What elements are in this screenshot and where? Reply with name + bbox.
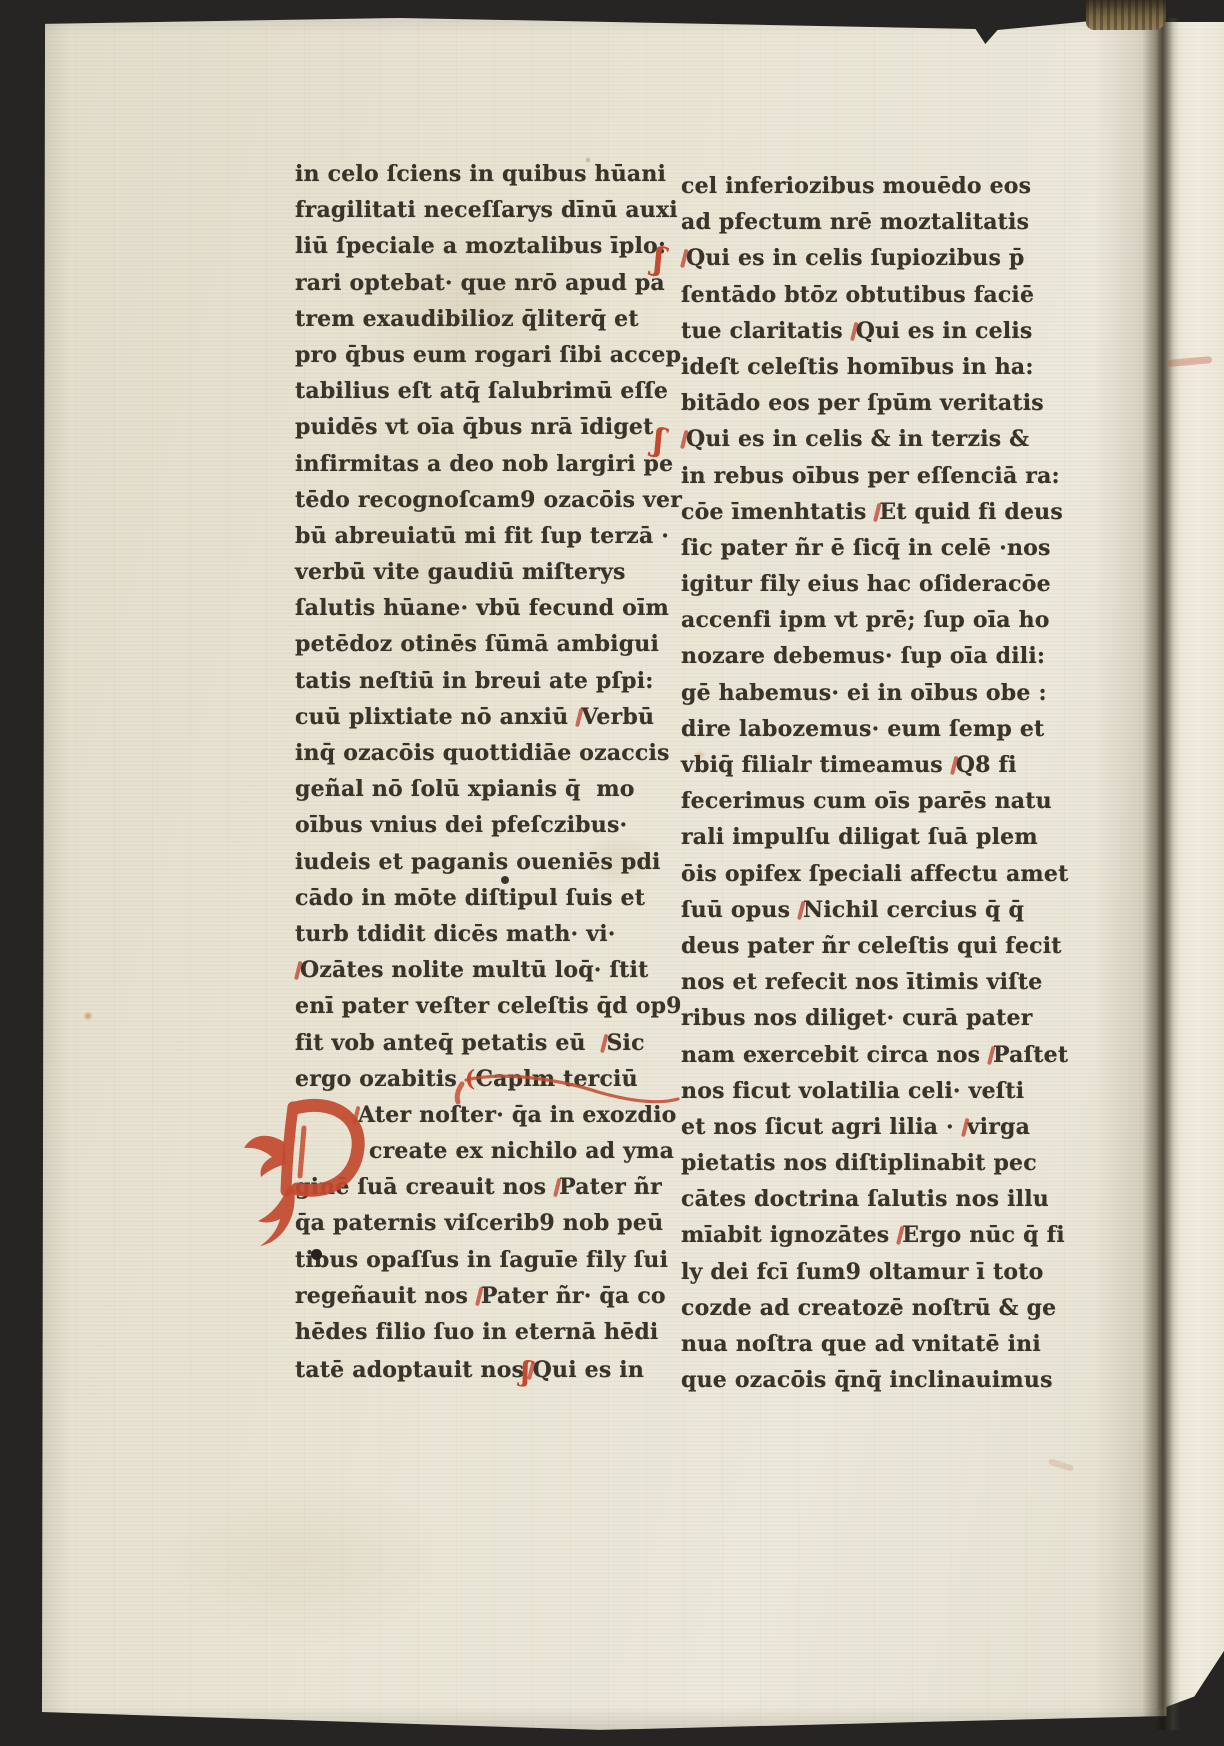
text-line: turb tdidit dicēs math· vi· bbox=[295, 916, 682, 952]
ink-text: ergo ozabitis bbox=[295, 1066, 465, 1092]
ink-text: regeñauit nos bbox=[295, 1283, 476, 1309]
rubric-underline-swash-icon bbox=[448, 1066, 683, 1116]
text-line: hēdes filio ſuo in eternā hēdi bbox=[295, 1314, 682, 1350]
text-line: nos et refecit nos ītimis viſte bbox=[681, 964, 1068, 1000]
ink-text: nozare debemus· ſup oīa dili: bbox=[681, 643, 1045, 669]
photograph-background: in celo ſciens in quibus hūanifragilitat… bbox=[0, 0, 1224, 1746]
text-line: fecerimus cum oīs parēs natu bbox=[681, 783, 1068, 819]
ink-text: Nichil cercius q̄ q̄ bbox=[803, 897, 1024, 923]
text-line: tēdo recognoſcam9 ozacōis ver bbox=[295, 482, 682, 518]
ink-text: rali impulſu diligat ſuā plem bbox=[681, 824, 1038, 850]
ink-text: Paſtet bbox=[993, 1042, 1068, 1068]
ink-text: geñal nō ſolū xpianis q̄ mo bbox=[295, 776, 635, 802]
ink-text: cōe īmenhtatis bbox=[681, 499, 874, 525]
text-line: tabilius eſt atq̄ ſalubrimū eſſe bbox=[295, 373, 682, 409]
text-line: regeñauit nos Pater ñr· q̄a co bbox=[295, 1278, 682, 1314]
ink-text: fecerimus cum oīs parēs natu bbox=[681, 788, 1052, 814]
ink-text: bū abreuiatū mi fit ſup terzā · bbox=[295, 523, 669, 549]
text-line: verbū vite gaudiū miſterys bbox=[295, 554, 682, 590]
text-line: ōis opifex ſpeciali affectu amet bbox=[681, 856, 1068, 892]
ink-text: ſalutis hūane· vbū fecund oīm bbox=[295, 595, 669, 621]
ink-text: igitur fily eius hac oſideracōe bbox=[681, 571, 1051, 597]
ink-text: create ex nichilo ad yma bbox=[369, 1138, 674, 1164]
ink-text: tibus opaſſus in ſaguīe fily ſui bbox=[295, 1247, 668, 1273]
text-line: bitādo eos per ſpūm veritatis bbox=[681, 385, 1068, 421]
text-line: nos ficut volatilia celi· veſti bbox=[681, 1073, 1068, 1109]
ink-text: nos et refecit nos ītimis viſte bbox=[681, 969, 1042, 995]
text-line: ʃQui es in celis ſupiozibus p̄ bbox=[681, 240, 1068, 276]
ink-text: cādo in mōte diſtipul ſuis et bbox=[295, 885, 645, 911]
text-line: ʃQui es in celis & in terzis & bbox=[681, 421, 1068, 457]
rubricated-initial-p-icon: P bbox=[238, 1098, 373, 1250]
ink-text: trem exaudibilioz q̄literq̄ et bbox=[295, 306, 639, 332]
text-line: ad pfectum nrē moztalitatis bbox=[681, 204, 1068, 240]
ink-text: que ozacōis q̄nq̄ inclinauimus bbox=[681, 1367, 1053, 1393]
ink-text: cel inferiozibus mouēdo eos bbox=[681, 173, 1031, 199]
ink-text: Et quid fi deus bbox=[879, 499, 1063, 525]
text-column-right: cel inferiozibus mouēdo eosad pfectum nr… bbox=[681, 168, 1068, 1398]
ink-text: Qui es in celis bbox=[856, 318, 1033, 344]
ink-text: vbiq̄ filialr timeamus bbox=[681, 752, 951, 778]
ink-text: virga bbox=[967, 1114, 1030, 1140]
text-line: geñal nō ſolū xpianis q̄ mo bbox=[295, 771, 682, 807]
ink-text: Sic bbox=[606, 1030, 644, 1056]
text-line: pietatis nos diſtiplinabit pec bbox=[681, 1145, 1068, 1181]
ink-text: Pater ñr bbox=[559, 1174, 662, 1200]
ink-text: Qui es in bbox=[533, 1357, 644, 1383]
text-line: cuū plixtiate nō anxiū Verbū bbox=[295, 699, 682, 735]
text-line: pro q̄bus eum rogari ſibi accep bbox=[295, 337, 682, 373]
text-line: deus pater ñr celeſtis qui fecit bbox=[681, 928, 1068, 964]
ink-text: ōis opifex ſpeciali affectu amet bbox=[681, 861, 1068, 887]
text-line: dire labozemus· eum ſemp et bbox=[681, 711, 1068, 747]
ink-text: Ozātes nolite multū loq̄· ſtit bbox=[300, 957, 648, 983]
ink-text: petēdoz otinēs ſūmā ambigui bbox=[295, 631, 659, 657]
book-block-top-edge bbox=[1086, 0, 1166, 30]
text-line: bū abreuiatū mi fit ſup terzā · bbox=[295, 518, 682, 554]
text-line: nozare debemus· ſup oīa dili: bbox=[681, 638, 1068, 674]
text-line: accenfi ipm vt prē; ſup oīa ho bbox=[681, 602, 1068, 638]
text-line: rali impulſu diligat ſuā plem bbox=[681, 819, 1068, 855]
text-line: in rebus oībus per eſſenciā ra: bbox=[681, 458, 1068, 494]
text-line: inq̄ ozacōis quottidiāe ozaccis bbox=[295, 735, 682, 771]
text-line: enī pater veſter celeſtis q̄d op9 bbox=[295, 988, 682, 1024]
text-line: ly dei fcī ſum9 oltamur ī toto bbox=[681, 1254, 1068, 1290]
ink-text: cozde ad creatozē noſtrū & ge bbox=[681, 1295, 1056, 1321]
ink-text: ideſt celeſtis homībus in ha: bbox=[681, 354, 1034, 380]
ink-text: dire labozemus· eum ſemp et bbox=[681, 716, 1044, 742]
text-line: que ozacōis q̄nq̄ inclinauimus bbox=[681, 1362, 1068, 1398]
ink-text: tatē adoptauit nos bbox=[295, 1357, 524, 1383]
text-line: trem exaudibilioz q̄literq̄ et bbox=[295, 301, 682, 337]
page-gutter-shadow bbox=[1142, 18, 1180, 1730]
ink-text: tue claritatis bbox=[681, 318, 851, 344]
text-line: ſuū opus Nichil cercius q̄ q̄ bbox=[681, 892, 1068, 928]
ink-text: in rebus oībus per eſſenciā ra: bbox=[681, 463, 1060, 489]
ink-blot bbox=[311, 1249, 322, 1260]
ink-text: puidēs vt oīa q̄bus nrā īdiget bbox=[295, 414, 653, 440]
text-line: in celo ſciens in quibus hūani bbox=[295, 156, 682, 192]
text-line: tue claritatis Qui es in celis bbox=[681, 313, 1068, 349]
ink-text: deus pater ñr celeſtis qui fecit bbox=[681, 933, 1062, 959]
ink-text: Qui es in celis ſupiozibus p̄ bbox=[686, 245, 1025, 271]
text-line: puidēs vt oīa q̄bus nrā īdiget bbox=[295, 409, 682, 445]
ink-text: inq̄ ozacōis quottidiāe ozaccis bbox=[295, 740, 670, 766]
ink-text: tabilius eſt atq̄ ſalubrimū eſſe bbox=[295, 378, 668, 404]
text-line: cātes doctrina ſalutis nos illu bbox=[681, 1181, 1068, 1217]
ink-text: nam exercebit circa nos bbox=[681, 1042, 988, 1068]
ink-text: ribus nos diliget· curā pater bbox=[681, 1005, 1032, 1031]
ink-text: infirmitas a deo nob largiri pe bbox=[295, 451, 673, 477]
text-line: petēdoz otinēs ſūmā ambigui bbox=[295, 626, 682, 662]
text-line: oībus vnius dei pfeſczibus· bbox=[295, 807, 682, 843]
text-line: liū ſpeciale a moztalibus īplo: bbox=[295, 228, 682, 264]
ink-text: mīabit ignozātes bbox=[681, 1222, 897, 1248]
ink-text: Qui es in celis & in terzis & bbox=[686, 426, 1029, 452]
ink-text: tatis neſtiū in breui ate pſpi: bbox=[295, 668, 654, 694]
ink-text: ſuū opus bbox=[681, 897, 798, 923]
ink-text: Q8 fi bbox=[956, 752, 1017, 778]
ink-text: rari optebat· que nrō apud pa bbox=[295, 270, 665, 296]
ink-text: cuū plixtiate nō anxiū bbox=[295, 704, 576, 730]
text-line: fragilitati neceſſarys dīnū auxi bbox=[295, 192, 682, 228]
text-line: iudeis et paganis oueniēs pdi bbox=[295, 844, 682, 880]
ink-text: iudeis et paganis oueniēs pdi bbox=[295, 849, 661, 875]
text-line: tatē adoptauit nosʃQui es in bbox=[295, 1350, 682, 1386]
ink-text: tēdo recognoſcam9 ozacōis ver bbox=[295, 487, 682, 513]
text-line: ſentādo btōz obtutibus faciē bbox=[681, 277, 1068, 313]
text-line: ribus nos diliget· curā pater bbox=[681, 1000, 1068, 1036]
text-line: cōe īmenhtatis Et quid fi deus bbox=[681, 494, 1068, 530]
text-line: gē habemus· ei in oībus obe : bbox=[681, 675, 1068, 711]
ink-text: fit vob anteq̄ petatis eū bbox=[295, 1030, 601, 1056]
ink-text: turb tdidit dicēs math· vi· bbox=[295, 921, 616, 947]
ink-text: hēdes filio ſuo in eternā hēdi bbox=[295, 1319, 658, 1345]
ink-text: gē habemus· ei in oībus obe : bbox=[681, 680, 1047, 706]
ink-text: in celo ſciens in quibus hūani bbox=[295, 161, 666, 187]
ink-text: et nos ſicut agri lilia · bbox=[681, 1114, 962, 1140]
text-line: cozde ad creatozē noſtrū & ge bbox=[681, 1290, 1068, 1326]
ink-text: liū ſpeciale a moztalibus īplo: bbox=[295, 233, 666, 259]
ink-text: accenfi ipm vt prē; ſup oīa ho bbox=[681, 607, 1050, 633]
text-line: mīabit ignozātes Ergo nūc q̄ fi bbox=[681, 1217, 1068, 1253]
text-line: ſalutis hūane· vbū fecund oīm bbox=[295, 590, 682, 626]
ink-text: ly dei fcī ſum9 oltamur ī toto bbox=[681, 1259, 1043, 1285]
ink-text: Ergo nūc q̄ fi bbox=[902, 1222, 1065, 1248]
ink-text: pietatis nos diſtiplinabit pec bbox=[681, 1150, 1037, 1176]
text-line: igitur fily eius hac oſideracōe bbox=[681, 566, 1068, 602]
text-line: tatis neſtiū in breui ate pſpi: bbox=[295, 663, 682, 699]
ink-text: enī pater veſter celeſtis q̄d op9 bbox=[295, 993, 682, 1019]
text-line: Ozātes nolite multū loq̄· ſtit bbox=[295, 952, 682, 988]
text-line: vbiq̄ filialr timeamus Q8 fi bbox=[681, 747, 1068, 783]
text-line: create ex nichilo ad yma bbox=[369, 1133, 682, 1169]
ink-text: ad pfectum nrē moztalitatis bbox=[681, 209, 1029, 235]
text-line: nam exercebit circa nos Paſtet bbox=[681, 1037, 1068, 1073]
text-line: ideſt celeſtis homībus in ha: bbox=[681, 349, 1068, 385]
text-line: et nos ſicut agri lilia · virga bbox=[681, 1109, 1068, 1145]
ink-text: nua noſtra que ad vnitatē ini bbox=[681, 1331, 1041, 1357]
book-page: in celo ſciens in quibus hūanifragilitat… bbox=[0, 0, 1224, 1746]
ink-text: ſentādo btōz obtutibus faciē bbox=[681, 282, 1034, 308]
ink-text: oībus vnius dei pfeſczibus· bbox=[295, 812, 627, 838]
ink-text: verbū vite gaudiū miſterys bbox=[295, 559, 626, 585]
ink-blot bbox=[501, 876, 509, 884]
text-line: nua noſtra que ad vnitatē ini bbox=[681, 1326, 1068, 1362]
ink-text: cātes doctrina ſalutis nos illu bbox=[681, 1186, 1049, 1212]
ink-text: ſic pater ñr ē ſicq̄ in celē ·nos bbox=[681, 535, 1051, 561]
ink-text: Pater ñr· q̄a co bbox=[481, 1283, 666, 1309]
ink-text: fragilitati neceſſarys dīnū auxi bbox=[295, 197, 678, 223]
text-line: ſic pater ñr ē ſicq̄ in celē ·nos bbox=[681, 530, 1068, 566]
ink-text: Verbū bbox=[581, 704, 654, 730]
text-line: cādo in mōte diſtipul ſuis et bbox=[295, 880, 682, 916]
ink-text: pro q̄bus eum rogari ſibi accep bbox=[295, 342, 681, 368]
ink-text: bitādo eos per ſpūm veritatis bbox=[681, 390, 1044, 416]
text-line: rari optebat· que nrō apud pa bbox=[295, 265, 682, 301]
text-line: cel inferiozibus mouēdo eos bbox=[681, 168, 1068, 204]
text-line: fit vob anteq̄ petatis eū Sic bbox=[295, 1025, 682, 1061]
ink-text: nos ficut volatilia celi· veſti bbox=[681, 1078, 1024, 1104]
text-line: infirmitas a deo nob largiri pe bbox=[295, 446, 682, 482]
